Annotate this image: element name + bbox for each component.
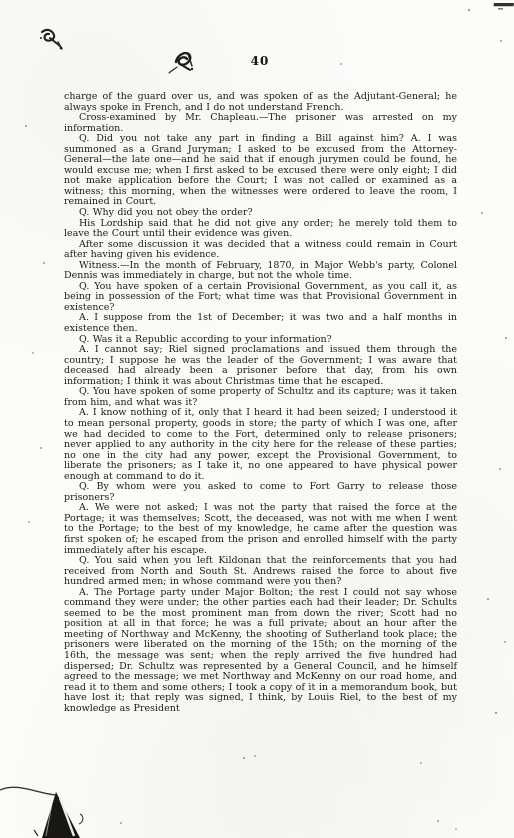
paragraph: A. The Portage party under Major Bolton;… (64, 588, 457, 715)
paragraph: Witness.—In the month of February, 1870,… (64, 261, 457, 282)
ink-scribble-top-left-icon (36, 24, 70, 54)
page-text: charge of the guard over us, and was spo… (64, 92, 457, 714)
scan-specks (0, 0, 2, 2)
paragraph: Q. Why did you not obey the order? (64, 208, 457, 219)
paragraph: Q. You said when you left Kildonan that … (64, 556, 457, 588)
paragraph: Q. You have spoken of some property of S… (64, 387, 457, 408)
paragraph: Q. By whom were you asked to come to For… (64, 482, 457, 503)
paragraph: After some discussion it was decided tha… (64, 240, 457, 261)
paragraph: Q. Did you not take any part in finding … (64, 134, 457, 208)
paragraph: A. I know nothing of it, only that I hea… (64, 408, 457, 482)
page-number: 40 (64, 54, 456, 68)
corner-smudge-top-right-icon (492, 2, 514, 14)
paragraph: His Lordship said that he did not give a… (64, 219, 457, 240)
quill-mark-bottom-left-icon (0, 778, 110, 838)
paragraph: A. I cannot say; Riel signed proclamatio… (64, 345, 457, 387)
paragraph: charge of the guard over us, and was spo… (64, 92, 457, 113)
paragraph: Cross-examined by Mr. Chapleau.—The pris… (64, 113, 457, 134)
paragraph: Q. You have spoken of a certain Provisio… (64, 282, 457, 314)
scanned-page: 40 charge of the guard over us, and was … (0, 0, 514, 838)
paragraph: A. I suppose from the 1st of December; i… (64, 313, 457, 334)
paragraph: A. We were not asked; I was not the part… (64, 503, 457, 556)
